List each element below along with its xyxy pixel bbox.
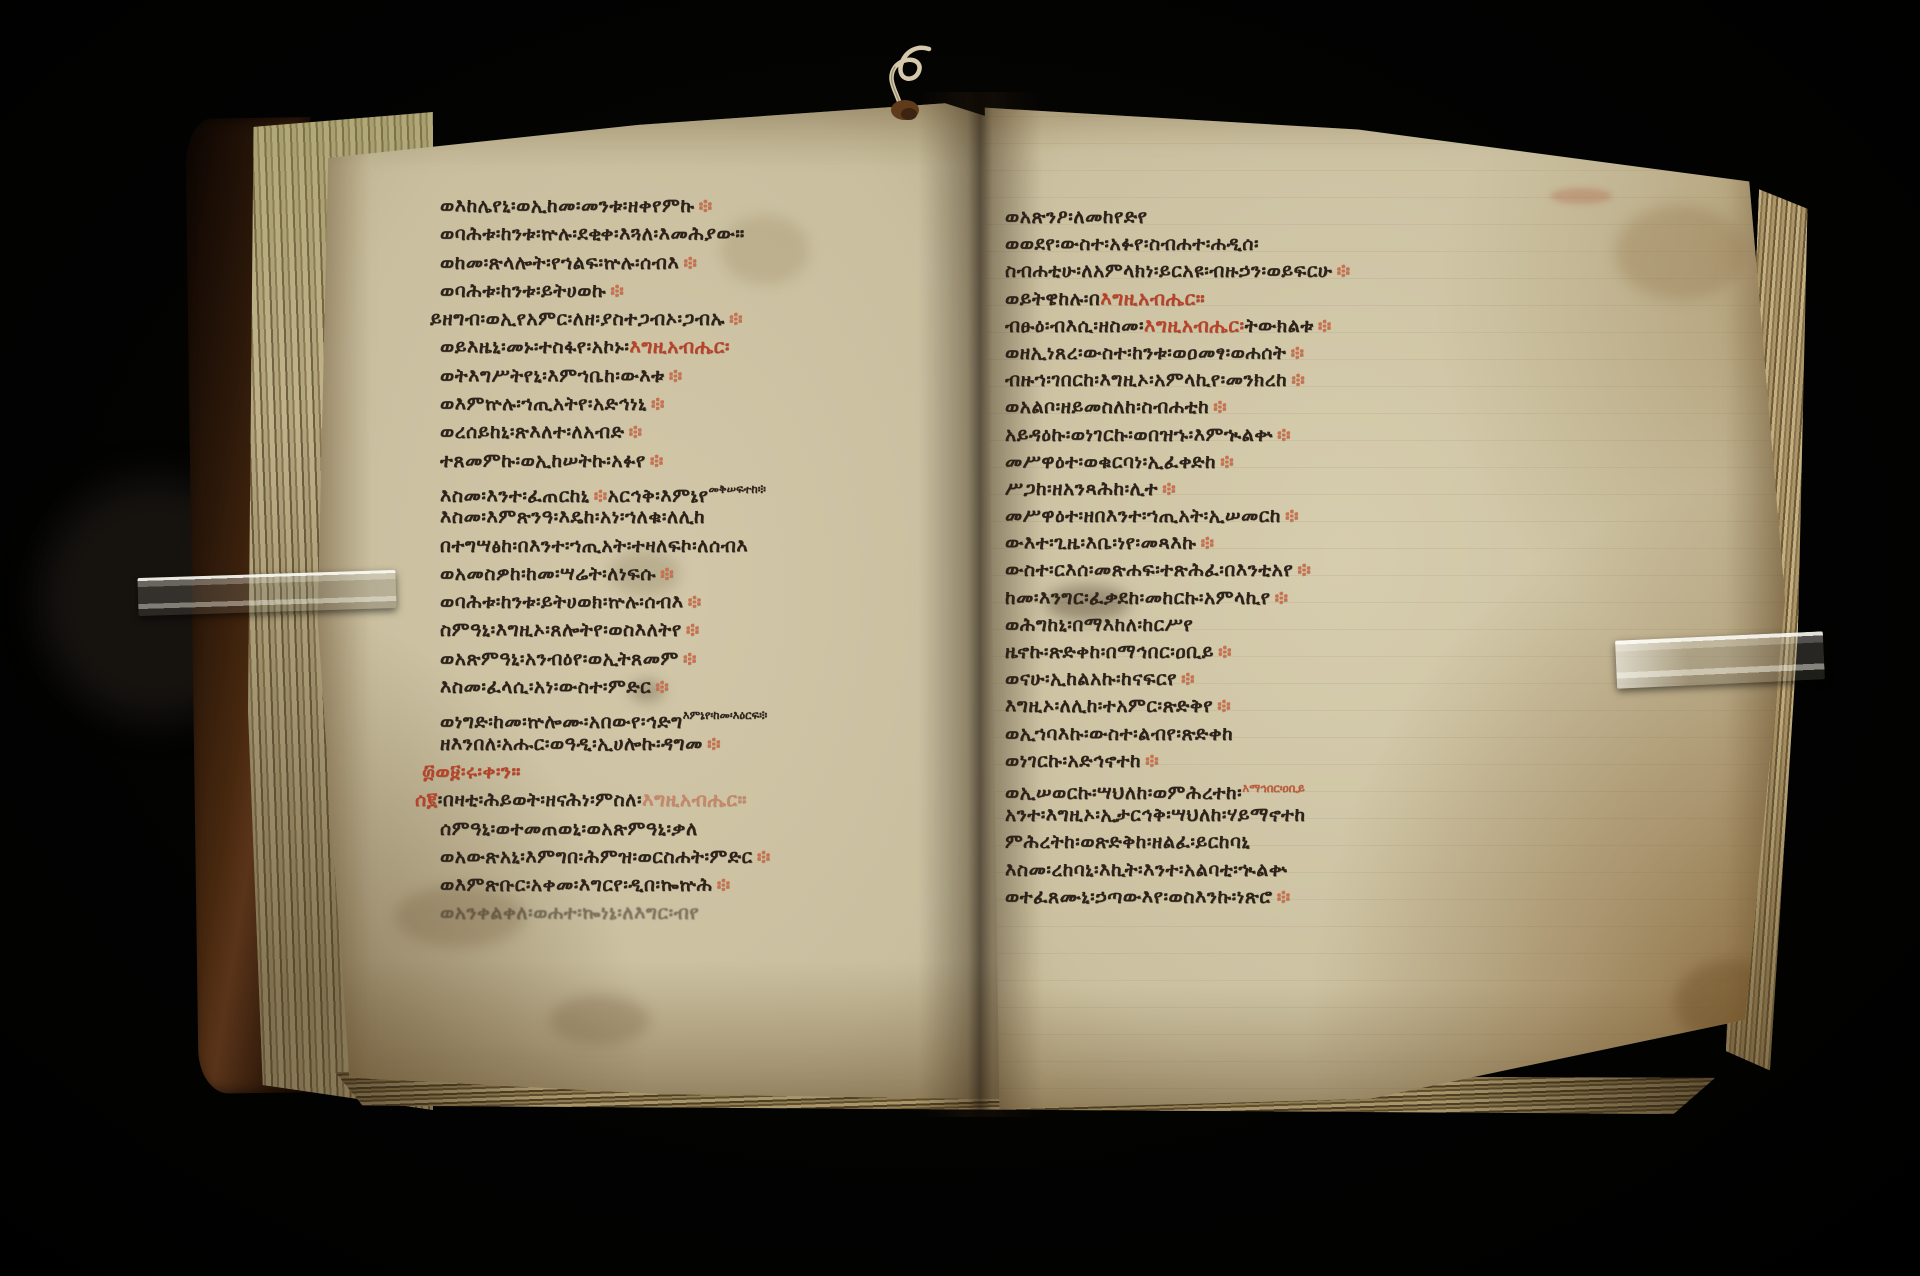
text-segment: ፨ [1297,559,1311,581]
text-line: እስመ፡እንተ፡ፈጠርከኒ፨አርኅቅ፡እምኔየመቅሠፍተከ፨ [440,475,980,503]
text-line: ወሕግከኒ፡በማእከለ፡ከርሥየ [1005,612,1565,639]
text-segment: ፨ [1291,369,1305,391]
text-line: ተጸመምኩ፡ወኢከሠትኩ፡አፉየ፨ [440,447,980,475]
text-line: ወአልቦ፡ዘይመስለከ፡ስብሐቲከ፨ [1005,394,1565,421]
text-segment: ወከመ፡ጽላሎት፡የኀልፍ፡ኵሉ፡ሰብእ [440,252,679,274]
text-segment: ወአጽንዖ፡ለመከየድየ [1005,206,1147,228]
text-line: ሰ፪፡በዛቲ፡ሕይወት፡ዘናሕነ፡ምስለ፡እግዚአብሔር። [415,786,980,814]
photo-backdrop: ወእከሌየኒ፡ወኢከመ፡መንቱ፡ዘቀየምኩ፨ወባሕቱ፡ከንቱ፡ኵሉ፡ደቂቀ፡እጓ… [0,0,1920,1276]
text-line: ወትእግሥትየኒ፡እምኀቤከ፡ውእቱ፨ [440,362,980,390]
text-segment: ወይትዌከሉ፡በ [1005,288,1100,310]
text-segment: ፨ [1274,587,1288,609]
text-segment: ወእምኵሉ፡ኀጢአትየ፡አድኅነኒ [440,393,647,415]
text-segment: ፨ [757,846,771,868]
text-segment: ፨ [1218,641,1232,663]
text-segment: ወረሰይከኒ፡ጽእለተ፡ለአብድ [440,421,624,443]
text-line: መሥዋዕተ፡ዘበእንተ፡ኀጢአት፡ኢሠመርከ፨ [1005,503,1565,530]
text-line: ፴ወ፱፡ሩ፡ቀ፡ን። [422,758,980,786]
text-line: ብዙኀ፡ገበርከ፡እግዚኦ፡አምላኪየ፡መንክረከ፨ [1005,367,1565,394]
text-segment: ፨ [683,648,697,670]
right-page: ወአጽንዖ፡ለመከየድየወወደየ፡ውስተ፡አፉየ፡ስብሐተ፡ሐዲሰ፡ስብሐቲሁ፡… [975,90,1790,1130]
text-line: ወረሰይከኒ፡ጽእለተ፡ለአብድ፨ [440,418,980,446]
text-line: ወባሕቱ፡ከንቱ፡ይትሀወክ፡ኵሉ፡ሰብእ፨ [440,588,980,616]
text-line: ወባሕቱ፡ከንቱ፡ኵሉ፡ደቂቀ፡እጓለ፡እመሕያው። [440,220,980,248]
text-segment: ወባሕቱ፡ከንቱ፡ኵሉ፡ደቂቀ፡እጓለ፡እመሕያው። [440,223,745,245]
text-segment: ወእምጽቡር፡አቀመ፡እግርየ፡ዲበ፡ኰኵሕ [440,874,713,896]
text-segment: እምኔየ፡ከመ፡እዕርፍ፨ [683,708,767,722]
text-segment: እስመ፡ረከባኒ፡እኪት፡እንተ፡አልባቲ፡ኊልቍ [1005,859,1287,881]
text-line: ወእምኵሉ፡ኀጢአትየ፡አድኅነኒ፨ [440,390,980,418]
text-segment: ወትእግሥትየኒ፡እምኀቤከ፡ውእቱ [440,365,665,387]
text-segment: አርኅቅ፡እምኔየ [608,485,709,503]
text-line: ብፁዕ፡ብእሲ፡ዘስመ፡እግዚአብሔር፡ትውክልቱ፨ [1005,313,1565,340]
text-line: ወአጽምዓኒ፡አንብዕየ፡ወኢትጸመም፨ [440,645,980,673]
text-segment: ከመ፡እንግር፡ፈቃደከ፡መከርኩ፡አምላኪየ [1005,587,1270,609]
text-line: ወወደየ፡ውስተ፡አፉየ፡ስብሐተ፡ሐዲሰ፡ [1005,231,1565,258]
text-segment: ፨ [1220,451,1234,473]
text-segment: ዜኖኩ፡ጽድቀከ፡በማኅበር፡ዐቢይ [1005,641,1214,663]
text-segment: ወባሕቱ፡ከንቱ፡ይትሀወኩ [440,280,606,302]
text-segment: ፨ [1213,396,1227,418]
text-segment: ወተፈጸሙኒ፡ኃጣውእየ፡ወስእንኩ፡ነጽሮ [1005,886,1273,908]
text-line: ምሕረትከ፡ወጽድቅከ፡ዘልፈ፡ይርከባኒ [1005,829,1565,856]
binding-string-drawing [845,15,955,120]
text-line: ዜኖኩ፡ጽድቀከ፡በማኅበር፡ዐቢይ፨ [1005,639,1565,666]
text-segment: አይዳዕኩ፡ወነገርኩ፡ወበዝኁ፡እምኊልቍ [1005,424,1273,446]
text-segment: ተጸመምኩ፡ወኢከሠትኩ፡አፉየ [440,450,646,472]
text-line: ወእምጽቡር፡አቀመ፡እግርየ፡ዲበ፡ኰኵሕ፨ [440,871,980,899]
text-segment: ወነገርኩ፡አድኅኖተከ [1005,750,1141,772]
text-segment: ፨ [650,450,664,472]
text-segment: ፨ [651,393,665,415]
text-segment: ወኢኀባእኩ፡ውስተ፡ልብየ፡ጽድቀከ [1005,723,1233,745]
text-segment: ወወደየ፡ውስተ፡አፉየ፡ስብሐተ፡ሐዲሰ፡ [1005,233,1259,255]
text-segment: ፨ [1162,478,1176,500]
text-line: ወኢሠወርኩ፡ሣህለከ፡ወምሕረተከ፡እማኅበር፡ዐቢይ [1005,775,1565,802]
left-page: ወእከሌየኒ፡ወኢከመ፡መንቱ፡ዘቀየምኩ፨ወባሕቱ፡ከንቱ፡ኵሉ፡ደቂቀ፡እጓ… [300,95,1005,1125]
text-segment: ፨ [1181,668,1195,690]
text-segment: ፨ [1217,695,1231,717]
text-segment: ፨ [707,733,721,755]
glass-weight-right [1615,631,1825,688]
text-segment: ፴ወ፱፡ሩ፡ቀ፡ን። [422,761,521,783]
text-segment: ትውክልቱ [1245,315,1314,337]
text-segment: ፨ [660,563,674,585]
text-segment: ምሕረትከ፡ወጽድቅከ፡ዘልፈ፡ይርከባኒ [1005,831,1250,853]
text-line: ወነገርኩ፡አድኅኖተከ፨ [1005,748,1565,775]
left-page-text: ወእከሌየኒ፡ወኢከመ፡መንቱ፡ዘቀየምኩ፨ወባሕቱ፡ከንቱ፡ኵሉ፡ደቂቀ፡እጓ… [440,192,980,928]
text-segment: ወዘኢነጸረ፡ውስተ፡ከንቱ፡ወዐመፃ፡ወሐሰት [1005,342,1286,364]
text-segment: እግዚኦ፡ለሊከ፡ተአምር፡ጽድቅየ [1005,695,1213,717]
text-segment: ፨ [686,619,700,641]
text-segment: ወአንቀልቀለ፡ወሐተ፡ኰነኔ፡ለእግር፡ብየ [440,902,699,924]
text-segment: እማኅበር፡ዐቢይ [1242,781,1304,795]
text-segment: ወአውጽአኒ፡እምግበ፡ሕምዝ፡ወርስሐት፡ምድር [440,846,753,868]
text-line: ይዘግብ፡ወኢየአምር፡ለዘ፡ያስተጋብኦ፡ጋብኡ፨ [430,305,980,333]
text-line: ወአንቀልቀለ፡ወሐተ፡ኰነኔ፡ለእግር፡ብየ [440,899,980,927]
text-segment: መቅሠፍተከ፨ [709,482,766,496]
text-segment: እስመ፡ፈላሲ፡አነ፡ውስተ፡ምድር [440,676,651,698]
text-segment: ወናሁ፡ኢከልአኩ፡ከናፍርየ [1005,668,1177,690]
text-line: ወአመስዎከ፡ከመ፡ሣሬት፡ለነፍሱ፨ [440,560,980,588]
text-line: እግዚኦ፡ለሊከ፡ተአምር፡ጽድቅየ፨ [1005,693,1565,720]
text-segment: ብዙኀ፡ገበርከ፡እግዚኦ፡አምላኪየ፡መንክረከ [1005,369,1287,391]
text-segment: ፨ [1277,424,1291,446]
text-segment: ፨ [1285,505,1299,527]
text-line: አንተ፡እግዚኦ፡ኢታርኅቅ፡ሣህለከ፡ሃይማኖተከ [1005,802,1565,829]
text-segment: ወባሕቱ፡ከንቱ፡ይትሀወክ፡ኵሉ፡ሰብእ [440,591,684,613]
text-line: ወይትዌከሉ፡በእግዚአብሔር። [1005,286,1565,313]
text-line: ስምዓኒ፡እግዚኦ፡ጸሎትየ፡ወስእለትየ፨ [440,616,980,644]
text-line: ውስተ፡ርእሰ፡መጽሐፍ፡ተጽሕፈ፡በእንቲአየ፨ [1005,557,1565,584]
text-line: ወከመ፡ጽላሎት፡የኀልፍ፡ኵሉ፡ሰብእ፨ [440,249,980,277]
text-segment: ፨ [1290,342,1304,364]
text-line: ስብሐቲሁ፡ለአምላክነ፡ይርአዩ፡ብዙኃን፡ወይፍርሁ፨ [1005,258,1565,285]
text-line: ወነግድ፡ከመ፡ኵሎሙ፡አበውየ፡ኅድግእምኔየ፡ከመ፡እዕርፍ፨ [440,701,980,729]
text-line: ወተፈጸሙኒ፡ኃጣውእየ፡ወስእንኩ፡ነጽሮ፨ [1005,884,1565,911]
text-segment: ወእከሌየኒ፡ወኢከመ፡መንቱ፡ዘቀየምኩ [440,195,695,217]
text-segment: ፨ [1145,750,1159,772]
text-segment: ወአልቦ፡ዘይመስለከ፡ስብሐቲከ [1005,396,1209,418]
text-segment: ፨ [1337,260,1351,282]
text-line: ወአጽንዖ፡ለመከየድየ [1005,204,1565,231]
text-line: አይዳዕኩ፡ወነገርኩ፡ወበዝኁ፡እምኊልቍ፨ [1005,422,1565,449]
text-segment: መሥዋዕተ፡ወቁርባነ፡ኢፈቀድከ [1005,451,1216,473]
stain [550,995,650,1045]
text-segment: እግዚአብሔር፡ [1144,315,1245,337]
text-line: ዘእንበለ፡አሑር፡ወዓዲ፡ኢሀሎኩ፡ዳግመ፨ [440,730,980,758]
text-line: ውእተ፡ጊዜ፡እቤ፡ነየ፡መጻእኩ፨ [1005,530,1565,557]
text-line: ወኢኀባእኩ፡ውስተ፡ልብየ፡ጽድቀከ [1005,721,1565,748]
text-segment: ወአመስዎከ፡ከመ፡ሣሬት፡ለነፍሱ [440,563,656,585]
text-segment: እግዚአብሔር። [642,789,747,811]
text-segment: ይዘግብ፡ወኢየአምር፡ለዘ፡ያስተጋብኦ፡ጋብኡ [430,308,725,330]
text-line: በተግሣፅከ፡በእንተ፡ኀጢአት፡ተዛለፍኮ፡ለሰብእ [440,532,980,560]
text-segment: ወኢሠወርኩ፡ሣህለከ፡ወምሕረተከ፡ [1005,782,1242,802]
text-segment: ፨ [688,591,702,613]
text-segment: ፨ [1277,886,1291,908]
text-line: ወባሕቱ፡ከንቱ፡ይትሀወኩ፨ [440,277,980,305]
text-segment: ፨ [655,676,669,698]
corner-smudge [1550,188,1612,204]
text-line: ሥጋከ፡ዘአንጻሕከ፡ሊተ፨ [1005,476,1565,503]
text-segment: እግዚአብሔር። [1100,288,1205,310]
stain [1615,205,1745,300]
text-line: እስመ፡እምጽንዓ፡እዴከ፡አነ፡ኀለቁ፡ለሊከ [440,503,980,531]
text-segment: ሰ፪ [415,789,438,811]
text-segment: እግዚአብሔር፡ [629,336,730,358]
text-line: ሰምዓኒ፡ወተመጠወኒ፡ወአጽምዓኒ፡ቃለ [440,815,980,843]
text-segment: ውስተ፡ርእሰ፡መጽሐፍ፡ተጽሕፈ፡በእንቲአየ [1005,559,1293,581]
text-line: እስመ፡ረከባኒ፡እኪት፡እንተ፡አልባቲ፡ኊልቍ [1005,857,1565,884]
text-segment: ፨ [610,280,624,302]
text-line: ወናሁ፡ኢከልአኩ፡ከናፍርየ፨ [1005,666,1565,693]
text-segment: ስምዓኒ፡እግዚኦ፡ጸሎትየ፡ወስእለትየ [440,619,682,641]
text-segment: ስብሐቲሁ፡ለአምላክነ፡ይርአዩ፡ብዙኃን፡ወይፍርሁ [1005,260,1333,282]
text-segment: አንተ፡እግዚኦ፡ኢታርኅቅ፡ሣህለከ፡ሃይማኖተከ [1005,804,1306,826]
text-segment: ወይእዜኒ፡መኑ፡ተስፋየ፡አኮኑ፡ [440,336,629,358]
glass-weight-left [137,570,396,616]
text-segment: እስመ፡እንተ፡ፈጠርከኒ [440,485,590,503]
text-segment: መሥዋዕተ፡ዘበእንተ፡ኀጢአት፡ኢሠመርከ [1005,505,1281,527]
text-line: ወእከሌየኒ፡ወኢከመ፡መንቱ፡ዘቀየምኩ፨ [440,192,980,220]
text-segment: ፨ [1200,532,1214,554]
text-segment: ፨ [729,308,743,330]
text-segment: ፨ [594,485,608,503]
text-segment: ውእተ፡ጊዜ፡እቤ፡ነየ፡መጻእኩ [1005,532,1196,554]
text-segment: ወአጽምዓኒ፡አንብዕየ፡ወኢትጸመም [440,648,679,670]
text-segment: ሥጋከ፡ዘአንጻሕከ፡ሊተ [1005,478,1158,500]
text-segment: ወሕግከኒ፡በማእከለ፡ከርሥየ [1005,614,1193,636]
text-segment: ፨ [669,365,683,387]
text-segment: ሰምዓኒ፡ወተመጠወኒ፡ወአጽምዓኒ፡ቃለ [440,818,698,840]
text-line: መሥዋዕተ፡ወቁርባነ፡ኢፈቀድከ፨ [1005,449,1565,476]
text-line: ወዘኢነጸረ፡ውስተ፡ከንቱ፡ወዐመፃ፡ወሐሰት፨ [1005,340,1565,367]
text-segment: ወነግድ፡ከመ፡ኵሎሙ፡አበውየ፡ኅድግ [440,711,683,729]
text-line: ከመ፡እንግር፡ፈቃደከ፡መከርኩ፡አምላኪየ፨ [1005,585,1565,612]
text-line: እስመ፡ፈላሲ፡አነ፡ውስተ፡ምድር፨ [440,673,980,701]
text-segment: ፨ [1318,315,1332,337]
text-segment: ፡በዛቲ፡ሕይወት፡ዘናሕነ፡ምስለ፡ [438,789,642,811]
text-segment: በተግሣፅከ፡በእንተ፡ኀጢአት፡ተዛለፍኮ፡ለሰብእ [440,535,748,557]
text-line: ወይእዜኒ፡መኑ፡ተስፋየ፡አኮኑ፡እግዚአብሔር፡ [440,333,980,361]
text-segment: ብፁዕ፡ብእሲ፡ዘስመ፡ [1005,315,1144,337]
right-page-text: ወአጽንዖ፡ለመከየድየወወደየ፡ውስተ፡አፉየ፡ስብሐተ፡ሐዲሰ፡ስብሐቲሁ፡… [1005,204,1565,911]
text-segment: ፨ [699,195,713,217]
binding-string [845,15,955,120]
text-segment: ፨ [717,874,731,896]
text-segment: እስመ፡እምጽንዓ፡እዴከ፡አነ፡ኀለቁ፡ለሊከ [440,506,705,528]
text-segment: ፨ [683,252,697,274]
text-segment: ዘእንበለ፡አሑር፡ወዓዲ፡ኢሀሎኩ፡ዳግመ [440,733,703,755]
text-line: ወአውጽአኒ፡እምግበ፡ሕምዝ፡ወርስሐት፡ምድር፨ [440,843,980,871]
text-segment: ፨ [628,421,642,443]
